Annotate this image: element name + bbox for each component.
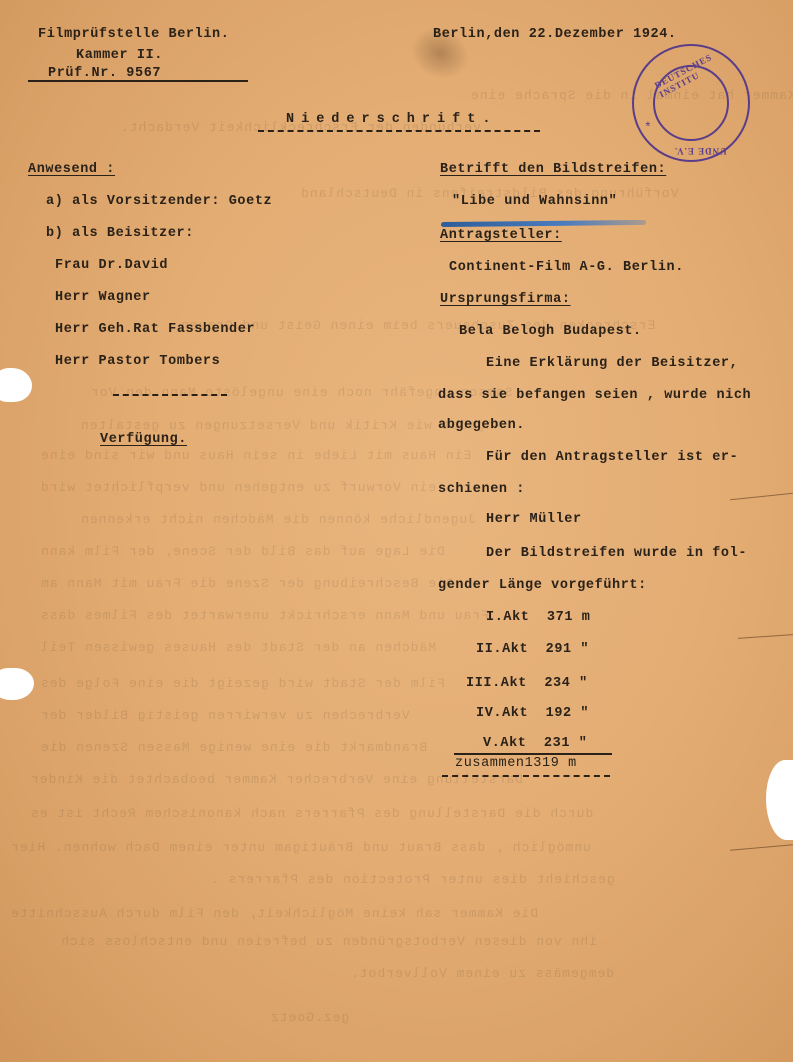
assessor-item: Herr Wagner: [55, 290, 151, 305]
separator-line: [113, 394, 227, 396]
authority-name: Filmprüfstelle Berlin.: [38, 27, 229, 42]
bleed-through-text: ihn von diesen Verbotsgründen zu befreie…: [60, 934, 597, 949]
bleed-through-text: unmöglich , dass Braut und Bräutigam unt…: [10, 840, 591, 855]
act-label: IV.Akt: [476, 706, 528, 721]
chamber-number: Kammer II.: [76, 48, 163, 63]
act-length: 192 ": [546, 706, 590, 721]
act-label: III.Akt: [466, 676, 527, 691]
applicant-name: Continent-Film A-G. Berlin.: [449, 260, 684, 275]
document-page: Die Kammer hat einmal in die Sprache ein…: [0, 0, 793, 1062]
applicant-label: Antragsteller:: [440, 228, 562, 243]
blue-pencil-mark: [441, 220, 646, 227]
declaration-line: Eine Erklärung der Beisitzer,: [486, 356, 738, 371]
stamp-star-icon: *: [644, 120, 652, 135]
representative-name: Herr Müller: [486, 512, 582, 527]
torn-edge: [0, 668, 34, 700]
bleed-through-text: ein Vorwurf zu entgehen und verpflichtet…: [40, 480, 436, 495]
act-length: 371 m: [547, 610, 591, 625]
document-date: Berlin,den 22.Dezember 1924.: [433, 27, 677, 42]
bleed-through-text: Verbrechen zu verwirren geistig Bilder d…: [40, 708, 410, 723]
torn-edge: [766, 760, 793, 840]
total-double-underline: [442, 775, 610, 777]
present-label: Anwesend :: [28, 162, 115, 177]
bleed-through-text: Die Lage auf das Bild der Scene, der Fil…: [40, 544, 445, 559]
act-row: IV.Akt 192 ": [476, 706, 589, 721]
bleed-through-text: demgemäss zu einem Vollverbot.: [350, 966, 614, 981]
title-underline: [258, 130, 540, 132]
review-number: Prüf.Nr. 9567: [48, 66, 161, 81]
sum-line: [454, 753, 612, 755]
act-length: 234 ": [544, 676, 588, 691]
declaration-line: dass sie befangen seien , wurde nich: [438, 388, 751, 403]
bleed-through-text: Mädchen an der Stadt des Hauses gewissen…: [40, 640, 436, 655]
origin-company: Bela Belogh Budapest.: [459, 324, 642, 339]
assessor-item: Frau Dr.David: [55, 258, 168, 273]
act-row: V.Akt 231 ": [483, 736, 587, 751]
length-line: Der Bildstreifen wurde in fol-: [486, 546, 747, 561]
origin-label: Ursprungsfirma:: [440, 292, 571, 307]
bleed-through-text: Ein Haus mit Liebe in sein Haus und wir …: [40, 448, 471, 463]
bleed-through-text: Die Beschreibung der Szene die Frau mit …: [40, 576, 454, 591]
act-length: 291 ": [546, 642, 590, 657]
document-title: Niederschrift.: [286, 112, 497, 127]
torn-edge: [0, 368, 32, 402]
bleed-through-text: Film der Stadt wird gezeigt die eine Fol…: [40, 676, 445, 691]
bleed-through-text: gez.Goetz: [270, 1010, 349, 1025]
paper-crease: [730, 493, 793, 501]
act-label: V.Akt: [483, 736, 527, 751]
act-label: I.Akt: [486, 610, 530, 625]
assessor-item: Herr Geh.Rat Fassbender: [55, 322, 255, 337]
film-title: "Libe und Wahnsinn": [452, 194, 617, 209]
act-row: I.Akt 371 m: [486, 610, 590, 625]
bleed-through-text: Jugendliche können die Mädchen nicht erk…: [80, 512, 476, 527]
assessors-label: b) als Beisitzer:: [46, 226, 194, 241]
length-line: gender Länge vorgeführt:: [438, 578, 647, 593]
header-underline: [28, 80, 248, 82]
bleed-through-text: geschieht dies unter Protection des Pfar…: [210, 872, 615, 887]
chairman-line: a) als Vorsitzender: Goetz: [46, 194, 272, 209]
assessor-item: Herr Pastor Tombers: [55, 354, 220, 369]
bleed-through-text: Frau und Mann erschrickt unerwartet des …: [40, 608, 489, 623]
act-length: 231 ": [544, 736, 588, 751]
stamp-bottom-text: UNDE E.V.: [674, 146, 727, 156]
paper-crease: [738, 634, 793, 639]
paper-crease: [730, 844, 793, 850]
bleed-through-text: Brandmarkt die eine wenige Massen Szenen…: [40, 740, 427, 755]
bleed-through-text: Die Kammer sah keine Möglichkeit, den Fi…: [10, 906, 538, 921]
appeared-line: schienen :: [438, 482, 525, 497]
act-row: III.Akt 234 ": [466, 676, 588, 691]
declaration-line: abgegeben.: [438, 418, 525, 433]
act-row: II.Akt 291 ": [476, 642, 589, 657]
decision-label: Verfügung.: [100, 432, 187, 447]
appeared-line: Für den Antragsteller ist er-: [486, 450, 738, 465]
subject-label: Betrifft den Bildstreifen:: [440, 162, 666, 177]
institute-stamp: DEUTSCHES INSTITU UNDE E.V. *: [632, 44, 750, 162]
total-length: zusammen1319 m: [455, 756, 577, 771]
act-label: II.Akt: [476, 642, 528, 657]
bleed-through-text: durch die Darstellung des Pfarrers nach …: [30, 806, 593, 821]
